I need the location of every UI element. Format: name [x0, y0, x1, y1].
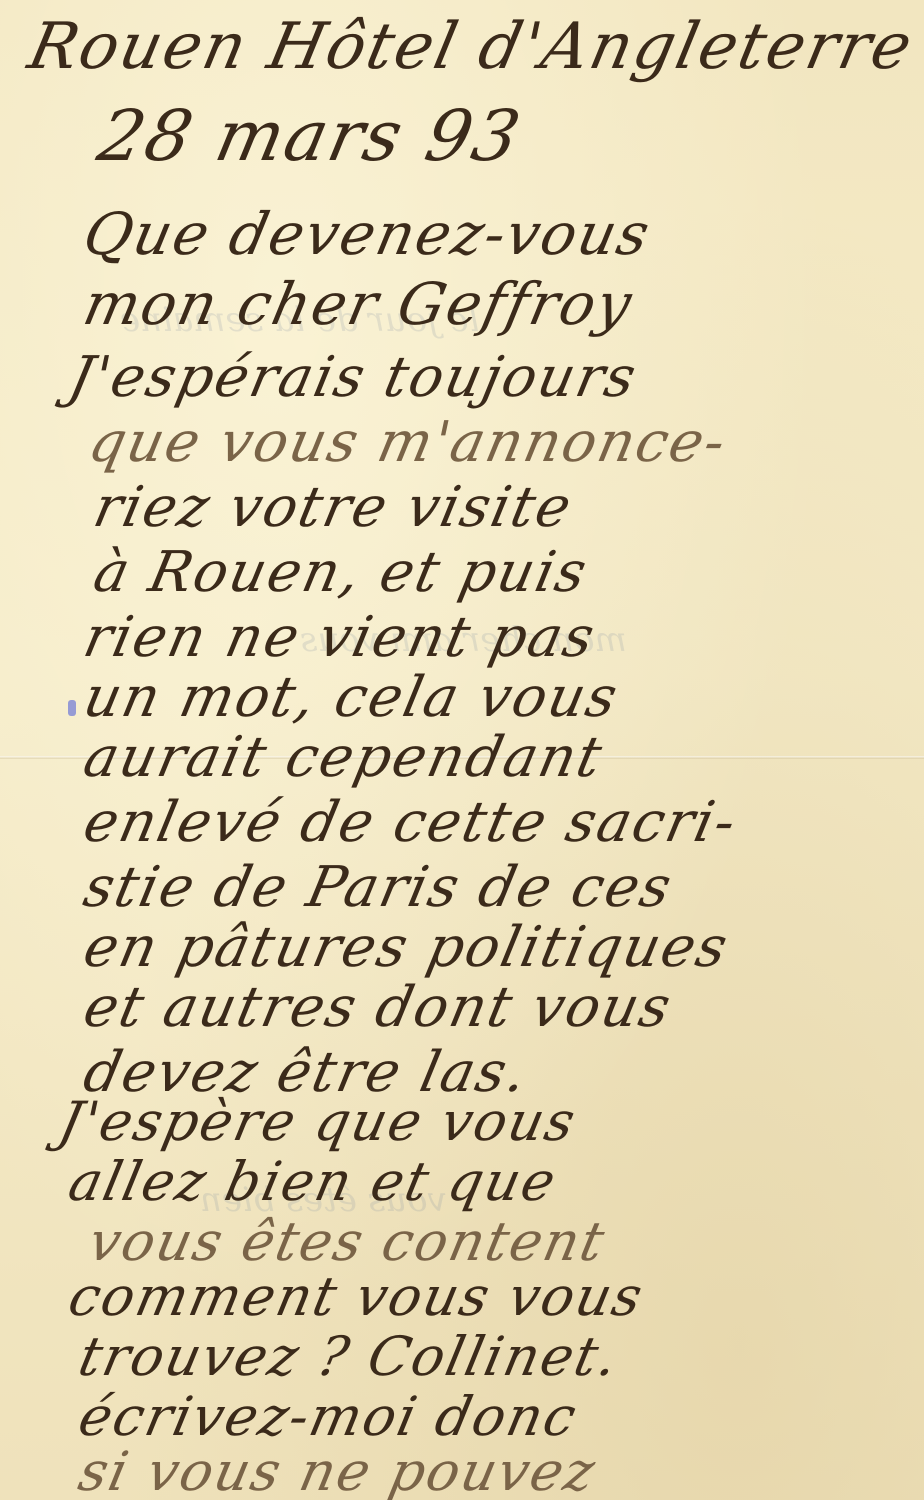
letter-line: comment vous vous — [63, 1265, 649, 1328]
letter-line: aurait cependant — [78, 725, 609, 790]
letter-line: écrivez-moi donc — [73, 1385, 583, 1448]
letter-line: à Rouen, et puis — [88, 540, 594, 605]
letter-line: en pâtures politiques — [78, 915, 735, 980]
letter-line: allez bien et que — [63, 1150, 563, 1213]
letter-line: un mot, cela vous — [78, 665, 624, 730]
letter-line: vous êtes content — [83, 1210, 611, 1273]
letter-line: riez votre visite — [88, 475, 578, 540]
letter-line: que vous m'annonce- — [83, 410, 733, 475]
letter-heading-place: Rouen Hôtel d'Angleterre — [22, 10, 920, 84]
letter-page: le jour de la semaine mon cher ami vous … — [0, 0, 924, 1500]
letter-line: J'espérais toujours — [63, 345, 643, 410]
letter-line: Que devenez-vous — [78, 200, 657, 268]
letter-line: rien ne vient pas — [78, 605, 602, 670]
letter-heading-date: 28 mars 93 — [91, 95, 529, 177]
letter-line: si vous ne pouvez — [73, 1440, 602, 1500]
letter-line: mon cher Geffroy — [78, 270, 640, 338]
letter-line: enlevé de cette sacri- — [78, 790, 743, 855]
letter-line: J'espère que vous — [53, 1090, 582, 1153]
letter-line: et autres dont vous — [78, 975, 678, 1040]
ink-mark — [68, 700, 76, 716]
letter-line: stie de Paris de ces — [78, 855, 679, 920]
letter-line: trouvez ? Collinet. — [73, 1325, 625, 1388]
